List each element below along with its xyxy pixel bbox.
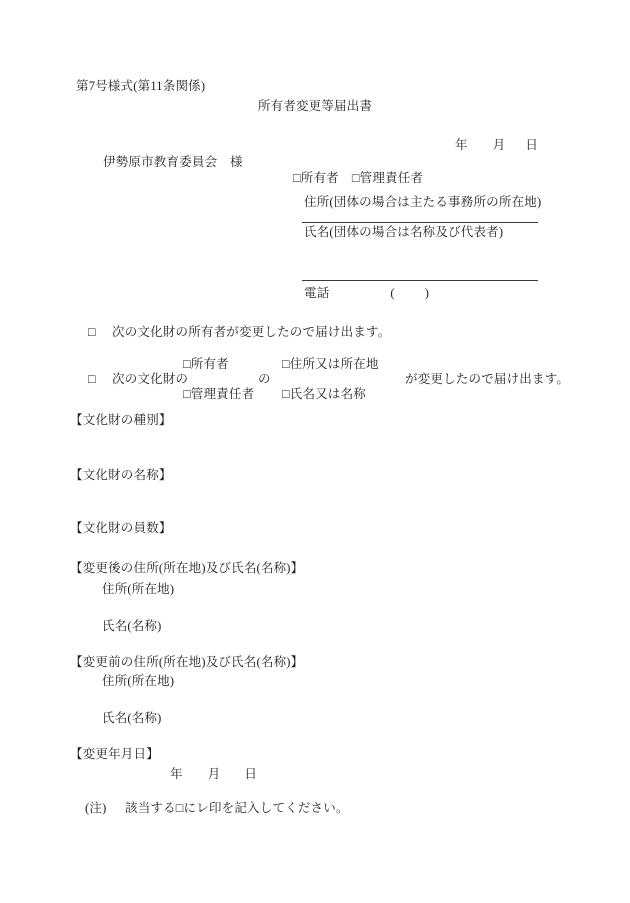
section-property-name-heading: 【文化財の名称】 [70, 468, 172, 483]
declarant-manager-checkbox[interactable]: □ [352, 171, 360, 185]
phone-label: 電話 [304, 286, 329, 300]
declarant-role-row: □所有者□管理責任者 [293, 171, 423, 186]
before-change-name-label: 氏名(名称) [102, 711, 162, 726]
option-name-label: 氏名又は名称 [290, 387, 366, 401]
form-number: 第7号様式(第11条関係) [76, 79, 205, 94]
section-property-quantity-heading: 【文化財の員数】 [70, 521, 172, 536]
declarant-name-input-line[interactable] [302, 280, 538, 281]
option-address-checkbox[interactable]: □ [282, 357, 290, 371]
submission-date-line: 年月日 [455, 138, 538, 153]
owner-change-statement-text: 次の文化財の所有者が変更したので届け出ます。 [112, 325, 390, 340]
section-change-date-heading: 【変更年月日】 [70, 747, 159, 762]
option-address: □住所又は所在地 [282, 357, 379, 372]
document-page: 第7号様式(第11条関係) 所有者変更等届出書 年月日 伊勢原市教育委員会 様 … [0, 0, 630, 903]
change-year-label: 年 [170, 767, 183, 781]
note-text: 該当する□にレ印を記入してください。 [125, 801, 349, 816]
option-name-checkbox[interactable]: □ [282, 387, 290, 401]
phone-row: 電話() [304, 286, 429, 301]
option-manager-label: 管理責任者 [191, 387, 255, 401]
change-month-label: 月 [208, 767, 221, 781]
declarant-address-label: 住所(団体の場合は主たる事務所の所在地) [304, 195, 541, 210]
declarant-name-label: 氏名(団体の場合は名称及び代表者) [304, 225, 503, 240]
submission-day-label: 日 [525, 138, 538, 152]
declarant-manager-label: 管理責任者 [360, 171, 424, 185]
detail-change-statement-tail: が変更したので届け出ます。 [405, 372, 569, 387]
option-manager: □管理責任者 [183, 387, 254, 402]
submission-year-label: 年 [455, 138, 468, 152]
detail-change-statement-particle: の [258, 372, 271, 387]
section-after-change-heading: 【変更後の住所(所在地)及び氏名(名称)】 [70, 561, 303, 576]
owner-change-statement-checkbox[interactable]: □ [88, 325, 96, 340]
recipient-label: 伊勢原市教育委員会 様 [103, 155, 243, 170]
section-property-type-heading: 【文化財の種別】 [70, 413, 172, 428]
section-before-change-heading: 【変更前の住所(所在地)及び氏名(名称)】 [70, 655, 303, 670]
change-date-line: 年月日 [170, 767, 257, 782]
option-manager-checkbox[interactable]: □ [183, 387, 191, 401]
declarant-address-input-line[interactable] [302, 222, 538, 223]
submission-month-label: 月 [493, 138, 506, 152]
change-day-label: 日 [244, 767, 257, 781]
declarant-owner-checkbox[interactable]: □ [293, 171, 301, 185]
after-change-name-label: 氏名(名称) [102, 619, 162, 634]
note-label: (注) [85, 801, 106, 816]
after-change-address-label: 住所(所在地) [102, 582, 174, 597]
before-change-address-label: 住所(所在地) [102, 674, 174, 689]
option-owner: □所有者 [183, 357, 229, 372]
option-owner-checkbox[interactable]: □ [183, 357, 191, 371]
phone-paren-close: ) [425, 286, 429, 300]
document-title: 所有者変更等届出書 [0, 99, 630, 114]
option-name: □氏名又は名称 [282, 387, 366, 402]
option-address-label: 住所又は所在地 [290, 357, 379, 371]
phone-paren-open: ( [390, 286, 394, 300]
option-owner-label: 所有者 [191, 357, 229, 371]
declarant-owner-label: 所有者 [301, 171, 339, 185]
detail-change-statement-checkbox[interactable]: □ [88, 372, 96, 387]
detail-change-statement-lead: 次の文化財の [112, 372, 188, 387]
